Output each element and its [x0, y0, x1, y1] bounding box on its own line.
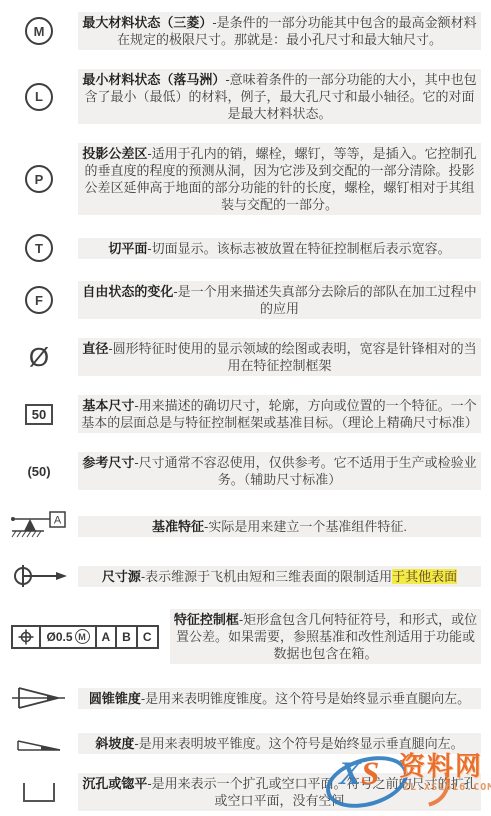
row-conical-taper: 圆锥锥度-是用来表明锥度锥度。这个符号是始终显示垂直腿向左。 [0, 683, 491, 713]
datum-feature-icon: A [8, 509, 70, 543]
mmc-term: 最大材料状态（三菱） [82, 15, 212, 30]
gdt-symbols-document: M 最大材料状态（三菱）-是条件的一部分功能其中包含的最高金额材料在规定的极限尺… [0, 0, 491, 816]
basic-dimension-box-icon: 50 [25, 404, 53, 425]
basic-dimension-desc: -用来描述的确切尺寸，轮廓，方向或位置的一个特征。一个基本的层面总是与特征控制框… [81, 398, 478, 430]
watermark-site-name: 资料网 [399, 746, 483, 783]
fcf-mmc-modifier-icon: M [75, 629, 90, 644]
datum-feature-desc: -实际是用来建立一个基准组件特征. [204, 519, 407, 534]
freestate-letter: F [35, 293, 43, 308]
lmc-circle-l-icon: L [25, 83, 53, 111]
row-maximum-material-condition: M 最大材料状态（三菱）-是条件的一部分功能其中包含的最高金额材料在规定的极限尺… [0, 12, 491, 50]
dimension-origin-highlighted-text: 于其他表面 [392, 569, 457, 584]
basic-dimension-description: 基本尺寸-用来描述的确切尺寸，轮廓，方向或位置的一个特征。一个基本的层面总是与特… [78, 395, 481, 433]
mmc-description: 最大材料状态（三菱）-是条件的一部分功能其中包含的最高金额材料在规定的极限尺寸。… [78, 12, 481, 50]
mmc-letter: M [34, 24, 45, 39]
fcf-term: 特征控制框 [174, 612, 239, 627]
dimension-origin-icon [10, 562, 68, 590]
feature-control-frame-icon: Ø0.5 M A B C [11, 625, 158, 649]
fcf-datum-a-cell: A [95, 627, 116, 647]
diameter-icon: Ø [29, 344, 49, 370]
reference-dimension-term: 参考尺寸 [82, 455, 134, 470]
fcf-description: 特征控制框-矩形盒包含几何特征符号，和形式，或位置公差。如果需要，参照基准和改性… [170, 609, 481, 664]
counterbore-icon [23, 783, 55, 802]
freestate-circle-f-icon: F [25, 286, 53, 314]
mmc-circle-m-icon: M [25, 17, 53, 45]
row-free-state: F 自由状态的变化-是一个用来描述失真部分去除后的部队在加工过程中的应用 [0, 281, 491, 319]
reference-dimension-icon: (50) [27, 464, 50, 479]
fcf-datum-b-cell: B [115, 627, 136, 647]
tangent-desc: -切面显示。该标志被放置在特征控制框后表示宽容。 [147, 241, 450, 256]
row-least-material-condition: L 最小材料状态（落马洲）-意味着条件的一部分功能的大小，其中也包含了最小（最低… [0, 69, 491, 124]
row-tangent-plane: T 切平面-切面显示。该标志被放置在特征控制框后表示宽容。 [0, 234, 491, 262]
row-feature-control-frame: Ø0.5 M A B C 特征控制框-矩形盒包含几何特征符号，和形式，或位置公差… [0, 609, 491, 664]
diameter-term: 直径 [82, 341, 108, 356]
site-watermark: XS 资料网 ZL.XS1616.COM [323, 744, 491, 812]
lmc-description: 最小材料状态（落马洲）-意味着条件的一部分功能的大小，其中也包含了最小（最低）的… [78, 69, 481, 124]
reference-dimension-description: 参考尺寸-尺寸通常不容忍使用，仅供参考。它不适用于生产或检验业务。（辅助尺寸标准… [78, 452, 481, 490]
datum-feature-term: 基准特征 [152, 519, 204, 534]
tangent-description: 切平面-切面显示。该标志被放置在特征控制框后表示宽容。 [78, 238, 481, 259]
slope-term: 斜坡度 [95, 736, 134, 751]
lmc-letter: L [35, 89, 43, 104]
tangent-circle-t-icon: T [25, 234, 53, 262]
datum-label-in-icon: A [54, 515, 62, 527]
position-symbol-icon [18, 629, 34, 645]
row-projected-tolerance-zone: P 投影公差区-适用于孔内的销，螺栓，螺钉，等等，是插入。它控制孔的垂直度的程度… [0, 143, 491, 215]
tangent-letter: T [35, 241, 43, 256]
conical-taper-term: 圆锥锥度 [89, 691, 141, 706]
diameter-desc: -圆形特征时使用的显示领域的绘图或表明，宽容是针锋相对的当用在特征控制框架 [108, 341, 476, 373]
reference-dimension-desc: -尺寸通常不容忍使用，仅供参考。它不适用于生产或检验业务。（辅助尺寸标准） [134, 455, 476, 487]
fcf-datum-c-cell: C [136, 627, 157, 647]
row-reference-dimension: (50) 参考尺寸-尺寸通常不容忍使用，仅供参考。它不适用于生产或检验业务。（辅… [0, 452, 491, 490]
conical-taper-icon [11, 683, 67, 713]
datum-feature-description: 基准特征-实际是用来建立一个基准组件特征. [78, 516, 481, 537]
conical-taper-description: 圆锥锥度-是用来表明锥度锥度。这个符号是始终显示垂直腿向左。 [78, 688, 481, 709]
ptz-letter: P [35, 172, 44, 187]
counterbore-term: 沉孔或锪平 [82, 776, 147, 791]
fcf-tolerance-cell: Ø0.5 M [39, 627, 94, 647]
freestate-description: 自由状态的变化-是一个用来描述失真部分去除后的部队在加工过程中的应用 [78, 281, 481, 319]
watermark-site-url: ZL.XS1616.COM [403, 782, 491, 793]
row-basic-dimension: 50 基本尺寸-用来描述的确切尺寸，轮廓，方向或位置的一个特征。一个基本的层面总… [0, 395, 491, 433]
freestate-desc: -是一个用来描述失真部分去除后的部队在加工过程中的应用 [173, 284, 476, 316]
ptz-term: 投影公差区 [82, 146, 147, 161]
ptz-circle-p-icon: P [25, 165, 53, 193]
ptz-description: 投影公差区-适用于孔内的销，螺栓，螺钉，等等，是插入。它控制孔的垂直度的程度的预… [78, 143, 481, 215]
freestate-term: 自由状态的变化 [82, 284, 173, 299]
fcf-position-cell [13, 627, 39, 647]
fcf-tolerance-value: Ø0.5 [46, 630, 72, 644]
tangent-term: 切平面 [108, 241, 147, 256]
dimension-origin-description: 尺寸源-表示维源于飞机由短和三维表面的限制适用于其他表面 [78, 566, 481, 587]
row-dimension-origin: 尺寸源-表示维源于飞机由短和三维表面的限制适用于其他表面 [0, 562, 491, 590]
diameter-description: 直径-圆形特征时使用的显示领域的绘图或表明，宽容是针锋相对的当用在特征控制框架 [78, 338, 481, 376]
lmc-term: 最小材料状态（落马洲） [82, 72, 225, 87]
basic-dimension-term: 基本尺寸 [82, 398, 134, 413]
dimension-origin-desc: -表示维源于飞机由短和三维表面的限制适用 [141, 569, 392, 584]
row-diameter: Ø 直径-圆形特征时使用的显示领域的绘图或表明，宽容是针锋相对的当用在特征控制框… [0, 338, 491, 376]
slope-icon [13, 732, 65, 754]
conical-taper-desc: -是用来表明锥度锥度。这个符号是始终显示垂直腿向左。 [141, 691, 470, 706]
row-datum-feature: A 基准特征-实际是用来建立一个基准组件特征. [0, 509, 491, 543]
watermark-xs-logo: XS [339, 758, 379, 791]
dimension-origin-term: 尺寸源 [102, 569, 141, 584]
